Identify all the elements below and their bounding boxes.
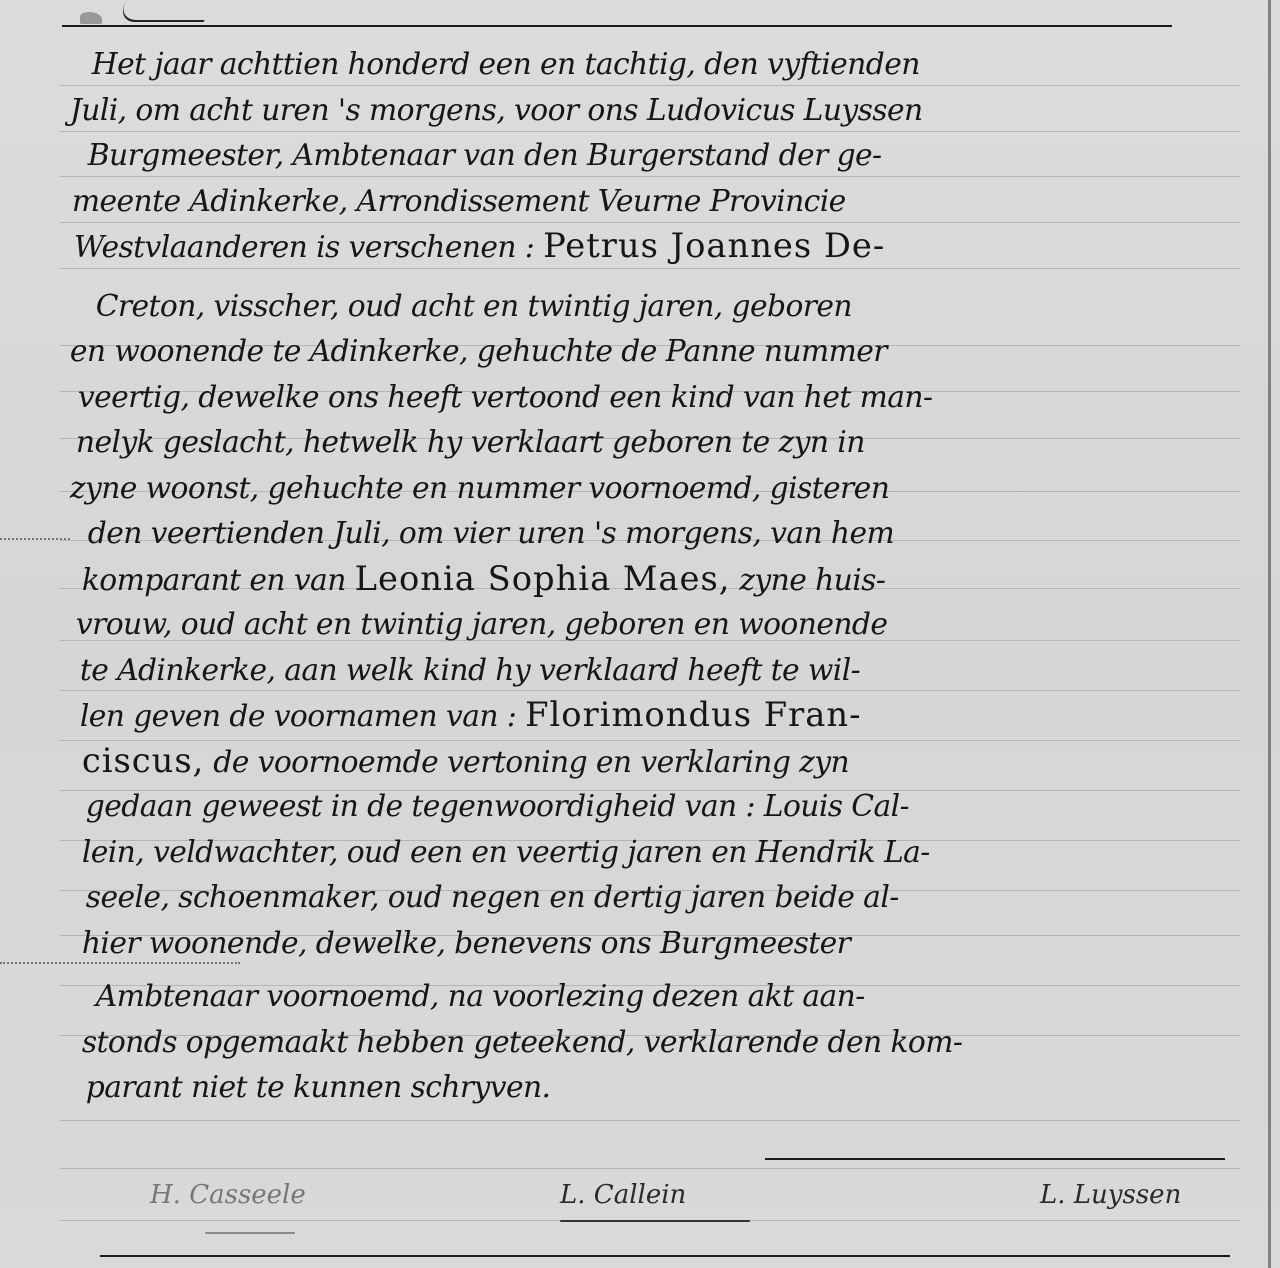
- closing-rule: [765, 1158, 1225, 1160]
- text-line: hier woonende, dewelke, benevens ons Bur…: [60, 921, 1231, 967]
- page-right-border: [1268, 0, 1271, 1268]
- signature-right: L. Luyssen: [1040, 1180, 1181, 1210]
- signature-underline: [560, 1220, 750, 1222]
- text-line: gedaan geweest in de tegenwoordigheid va…: [60, 784, 1231, 830]
- line-text: lein, veldwachter, oud een en veertig ja…: [82, 835, 930, 870]
- text-line: Westvlaanderen is verschenen : Petrus Jo…: [60, 224, 1231, 270]
- line-text: zyne huis-: [739, 563, 885, 598]
- ruled-line: [60, 1120, 1240, 1121]
- text-line: stonds opgemaakt hebben geteekend, verkl…: [60, 1020, 1231, 1066]
- text-line: veertig, dewelke ons heeft vertoond een …: [60, 375, 1231, 421]
- register-page: Het jaar achttien honderd een en tachtig…: [0, 0, 1280, 1268]
- line-text: gedaan geweest in de tegenwoordigheid va…: [86, 789, 909, 824]
- ink-blot: [80, 12, 102, 24]
- line-text: veertig, dewelke ons heeft vertoond een …: [78, 380, 933, 415]
- text-line: parant niet te kunnen schryven.: [60, 1065, 1231, 1111]
- signature-middle: L. Callein: [560, 1180, 686, 1210]
- line-text: zyne woonst, gehuchte en nummer voornoem…: [70, 471, 889, 506]
- top-rule: [62, 25, 1172, 27]
- text-line: komparant en van Leonia Sophia Maes, zyn…: [60, 557, 1231, 603]
- top-flourish: [114, 0, 217, 22]
- line-text: Westvlaanderen is verschenen :: [74, 230, 534, 265]
- line-text: parant niet te kunnen schryven.: [86, 1070, 551, 1105]
- text-line: Ambtenaar voornoemd, na voorlezing dezen…: [60, 974, 1231, 1020]
- child-name: Florimondus Fran-: [525, 695, 861, 735]
- line-text: hier woonende, dewelke, benevens ons Bur…: [82, 926, 850, 961]
- line-text: en woonende te Adinkerke, gehuchte de Pa…: [70, 334, 887, 369]
- line-text: vrouw, oud acht en twintig jaren, gebore…: [76, 607, 888, 642]
- line-text: komparant en van: [82, 563, 346, 598]
- text-line: Burgmeester, Ambtenaar van den Burgersta…: [60, 133, 1231, 179]
- line-text: stonds opgemaakt hebben geteekend, verkl…: [82, 1025, 962, 1060]
- line-text: len geven de voornamen van :: [80, 699, 516, 734]
- line-text: Juli, om acht uren 's morgens, voor ons …: [70, 93, 923, 128]
- line-text: den veertienden Juli, om vier uren 's mo…: [88, 516, 894, 551]
- text-line: vrouw, oud acht en twintig jaren, gebore…: [60, 602, 1231, 648]
- text-line: Creton, visscher, oud acht en twintig ja…: [60, 284, 1231, 330]
- mother-name: Leonia Sophia Maes,: [355, 559, 731, 599]
- line-text: te Adinkerke, aan welk kind hy verklaard…: [80, 653, 860, 688]
- text-line: te Adinkerke, aan welk kind hy verklaard…: [60, 648, 1231, 694]
- text-line: seele, schoenmaker, oud negen en dertig …: [60, 875, 1231, 921]
- line-text: seele, schoenmaker, oud negen en dertig …: [86, 880, 899, 915]
- text-line: Juli, om acht uren 's morgens, voor ons …: [60, 88, 1231, 134]
- text-line: Het jaar achttien honderd een en tachtig…: [60, 42, 1231, 88]
- text-line: lein, veldwachter, oud een en veertig ja…: [60, 830, 1231, 876]
- text-line: meente Adinkerke, Arrondissement Veurne …: [60, 179, 1231, 225]
- signature-left: H. Casseele: [150, 1180, 306, 1210]
- line-text: de voornoemde vertoning en verklaring zy…: [213, 745, 849, 780]
- line-text: Creton, visscher, oud acht en twintig ja…: [96, 289, 852, 324]
- line-text: nelyk geslacht, hetwelk hy verklaart geb…: [76, 425, 865, 460]
- line-text: Ambtenaar voornoemd, na voorlezing dezen…: [96, 979, 865, 1014]
- line-text: Het jaar achttien honderd een en tachtig…: [92, 47, 920, 82]
- line-text: meente Adinkerke, Arrondissement Veurne …: [72, 184, 846, 219]
- ruled-line: [60, 1168, 1240, 1169]
- bottom-rule: [100, 1255, 1230, 1257]
- text-line: nelyk geslacht, hetwelk hy verklaart geb…: [60, 420, 1231, 466]
- text-line: ciscus, de voornoemde vertoning en verkl…: [60, 739, 1231, 785]
- line-text: Burgmeester, Ambtenaar van den Burgersta…: [88, 138, 882, 173]
- child-name-cont: ciscus,: [82, 741, 205, 781]
- text-line: en woonende te Adinkerke, gehuchte de Pa…: [60, 329, 1231, 375]
- text-line: zyne woonst, gehuchte en nummer voornoem…: [60, 466, 1231, 512]
- text-line: len geven de voornamen van : Florimondus…: [60, 693, 1231, 739]
- declarant-name: Petrus Joannes De-: [543, 226, 885, 266]
- text-line: den veertienden Juli, om vier uren 's mo…: [60, 511, 1231, 557]
- signature-underline: [205, 1232, 295, 1234]
- register-text: Het jaar achttien honderd een en tachtig…: [60, 42, 1240, 1111]
